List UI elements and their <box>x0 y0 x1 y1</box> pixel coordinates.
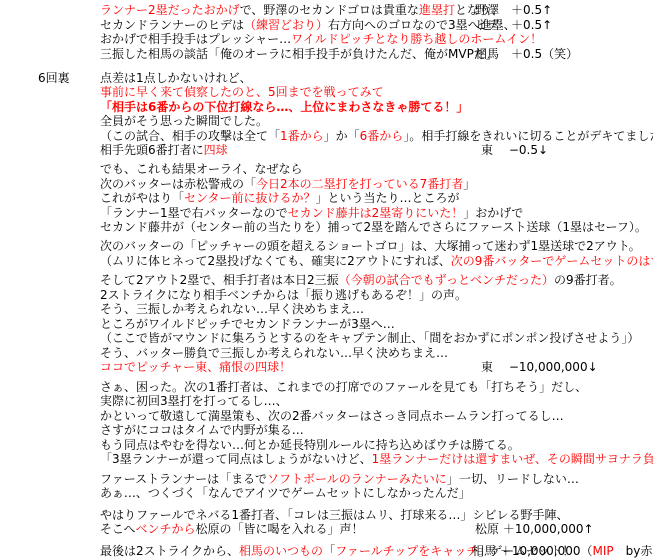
text-line: 三振した相馬の談話「俺のオーラに相手投手が負けたんだ、俺がMVPだ」 <box>100 47 498 61</box>
text-segment: ファーストランナーは「まるで <box>100 472 267 486</box>
text-segment: 相馬のいつもの <box>239 544 323 558</box>
score-annotation: 東 −10,000,000↓ <box>481 360 598 374</box>
text-segment: 2ストライクになり相手ベンチからは「振り逃げもあるぞ！」の声。 <box>100 288 467 302</box>
text-segment: 四球 <box>204 143 228 157</box>
score-annotation: 野澤 ＋0.5↑ <box>475 3 552 17</box>
text-line: さすがにココはタイムで内野が集る… <box>100 423 304 437</box>
text-line: セカンド藤井が（センター前の当たりを）捕って2塁を踏んでさらにファースト送球（1… <box>100 220 647 234</box>
text-line: ランナー2塁だったおかげで、野澤のセカンドゴロは貴重な進塁打となり、 <box>100 3 503 17</box>
text-line: かといって敬遠して満塁策も、次の2番バッターはさっき同点ホームラン打ってるし… <box>100 409 564 423</box>
text-line: ファーストランナーは「まるでソフトボールのランナーみたいに」一切、リードしない… <box>100 472 579 486</box>
text-segment: これがやはり「 <box>100 191 184 205</box>
text-segment: セカンド藤井が（センター前の当たりを）捕って2塁を踏んでさらにファースト送球（1… <box>100 220 647 234</box>
text-segment: 実際に初回3塁打を打ってるし…、 <box>100 394 288 408</box>
text-segment: 今日2本の二塁打を打っている7番打者 <box>256 177 463 191</box>
text-segment: さすがにココはタイムで内野が集る… <box>100 423 304 437</box>
text-line: （ムリに体ヒネって2塁投げなくても、確実に2アウトにすれば、次の9番バッターでゲ… <box>100 254 653 268</box>
text-segment: セカンドランナーのヒデは <box>100 18 244 32</box>
score-annotation: 相馬 ＋0.5（笑） <box>475 47 578 61</box>
text-segment: 全員がそう思った瞬間でした。 <box>100 114 268 128</box>
text-segment: 「3塁ランナーが還って同点はしょうがないけど、 <box>100 452 372 466</box>
text-segment: 」一切、リードしない… <box>447 472 579 486</box>
text-line: 次のバッターの「ピッチャーの頭を超えるショートゴロ」は、大塚捕って迷わず1塁送球… <box>100 239 641 253</box>
text-segment: の9番打者。 <box>554 273 622 287</box>
text-line: ココでピッチャー東、痛恨の四球！ <box>100 360 291 374</box>
score-annotation: 松原 ＋10,000,000↑ <box>475 522 594 536</box>
text-segment: MIP <box>593 544 614 558</box>
text-segment: 東 −10,000,000↓ <box>481 360 598 374</box>
text-line: そう、バッター勝負で三振しか考えられない…早く決めちまえ… <box>100 346 448 360</box>
text-segment: ランナー2塁だったおかげ <box>100 3 240 17</box>
text-segment: そこへ <box>100 522 136 536</box>
text-segment: おかげで相手投手はプレッシャー… <box>100 32 291 46</box>
text-line: 事前に早く来て偵察したのと、5回までを戦ってみて <box>100 85 384 99</box>
text-segment: 1塁ランナーだけは還すまいぜ、その瞬間サヨナラ負け <box>372 452 653 466</box>
text-segment: ベンチから <box>136 522 196 536</box>
text-segment: センター前に抜けるか？ <box>184 191 316 205</box>
text-segment: そう、バッター勝負で三振しか考えられない…早く決めちまえ… <box>100 346 448 360</box>
text-segment: 「 <box>323 544 335 558</box>
text-segment: 進塁打 <box>419 3 455 17</box>
text-segment: （練習どおり） <box>244 18 328 32</box>
text-segment: もう同点はやむを得ない…何とか延長特別ルールに持ち込めばウチは勝てる。 <box>100 438 520 452</box>
text-segment: セカンド藤井は2塁寄りにいた！ <box>288 206 464 220</box>
text-line: （ここで皆がマウンドに集ろうとするのをキャプテン制止、「間をおかずにポンポン投げ… <box>100 331 639 345</box>
text-segment: ヒデ ＋0.5↑ <box>475 18 552 32</box>
text-line: 実際に初回3塁打を打ってるし…、 <box>100 394 288 408</box>
text-segment: 」おかげで <box>463 206 523 220</box>
text-line: そして2アウト2塁で、相手打者は本日2三振（今朝の試合でもずっとベンチだった）の… <box>100 273 622 287</box>
text-segment: 最後は2ストライクから、 <box>100 544 239 558</box>
score-annotation: ヒデ ＋0.5↑ <box>475 18 552 32</box>
text-line: もう同点はやむを得ない…何とか延長特別ルールに持ち込めばウチは勝てる。 <box>100 438 520 452</box>
text-segment: そして2アウト2塁で、相手打者は本日2三振 <box>100 273 339 287</box>
text-segment: やはりファールでネバる1番打者、「コレは三振はムリ、打球来る…」シビレる野手陣、 <box>100 508 568 522</box>
text-segment: 「相手は6番からの下位打線なら…、上位にまわさなきゃ勝てる！」 <box>100 100 468 114</box>
text-segment: 東 −0.5↓ <box>481 143 548 157</box>
text-segment: 相手先頭6番打者に <box>100 143 204 157</box>
text-segment: （ムリに体ヒネって2塁投げなくても、確実に2アウトにすれば、 <box>100 254 451 268</box>
game-report-page: ランナー2塁だったおかげで、野澤のセカンドゴロは貴重な進塁打となり、野澤 ＋0.… <box>0 0 653 560</box>
text-segment: さぁ、困った。次の1番打者は、これまでの打席でのファールを見ても「打ちそう」だし… <box>100 380 587 394</box>
text-segment: ところがワイルドピッチでセカンドランナーが3塁へ… <box>100 317 395 331</box>
text-line: 「相手は6番からの下位打線なら…、上位にまわさなきゃ勝てる！」 <box>100 100 468 114</box>
text-segment: 」か「 <box>324 129 360 143</box>
text-segment: 松原 ＋10,000,000↑ <box>475 522 594 536</box>
text-line: 相手先頭6番打者に四球 <box>100 143 228 157</box>
text-line: 次のバッターは赤松警戒の「今日2本の二塁打を打っている7番打者」 <box>100 177 475 191</box>
score-annotation: 相馬 ＋10,000,000（MIP by赤松） <box>472 544 653 558</box>
text-segment: かといって敬遠して満塁策も、次の2番バッターはさっき同点ホームラン打ってるし… <box>100 409 564 423</box>
text-line: おかげで相手投手はプレッシャー…ワイルドピッチとなり勝ち越しのホームイン！ <box>100 32 542 46</box>
text-segment: by赤松） <box>614 544 653 558</box>
text-segment: （この試合、相手の攻撃は全て「 <box>100 129 280 143</box>
text-line: 2ストライクになり相手ベンチからは「振り逃げもあるぞ！」の声。 <box>100 288 467 302</box>
section-label: 6回裏 <box>38 71 70 85</box>
text-line: さぁ、困った。次の1番打者は、これまでの打席でのファールを見ても「打ちそう」だし… <box>100 380 587 394</box>
text-segment: 次のバッターは赤松警戒の「 <box>100 177 256 191</box>
text-line: （この試合、相手の攻撃は全て「1番から」か「6番から」。相手打線をきれいに切るこ… <box>100 129 653 143</box>
text-line: そう、三振しか考えられない…早く決めちまえ… <box>100 302 364 316</box>
text-segment: 1番から <box>280 129 324 143</box>
text-segment: 相馬 ＋0.5（笑） <box>475 47 578 61</box>
text-line: 全員がそう思った瞬間でした。 <box>100 114 268 128</box>
text-line: セカンドランナーのヒデは（練習どおり）右方向へのゴロなので3塁へ進塁、 <box>100 18 516 32</box>
text-segment: 」 <box>463 177 475 191</box>
text-segment: 点差は1点しかないけれど、 <box>100 71 252 85</box>
text-segment: 」。相手打線をきれいに切ることがデキてました） <box>403 129 653 143</box>
text-segment: ファールチップをキャッチ <box>335 544 478 558</box>
text-segment: 「ランナー1塁で右バッターなので <box>100 206 288 220</box>
text-line: あぁ…、つくづく「なんでアイツでゲームセットにしなかったんだ」 <box>100 486 471 500</box>
text-segment: 次の9番バッターでゲームセットのはず <box>451 254 653 268</box>
text-segment: あぁ…、つくづく「なんでアイツでゲームセットにしなかったんだ」 <box>100 486 471 500</box>
text-segment: （ここで皆がマウンドに集ろうとするのをキャプテン制止、「間をおかずにポンポン投げ… <box>100 331 639 345</box>
text-segment: 6回裏 <box>38 71 70 85</box>
text-line: 「3塁ランナーが還って同点はしょうがないけど、1塁ランナーだけは還すまいぜ、その… <box>100 452 653 466</box>
text-line: そこへベンチから松原の「皆に喝を入れる」声！ <box>100 522 364 536</box>
text-segment: ワイルドピッチとなり勝ち越しのホームイン！ <box>291 32 542 46</box>
text-segment: 事前に早く来て偵察したのと、5回までを戦ってみて <box>100 85 384 99</box>
text-line: 「ランナー1塁で右バッターなのでセカンド藤井は2塁寄りにいた！」おかげで <box>100 206 523 220</box>
text-segment: 相馬 ＋10,000,000（ <box>472 544 593 558</box>
text-segment: でも、これも結果オーライ、なぜなら <box>100 162 303 176</box>
text-segment: 次のバッターの「ピッチャーの頭を超えるショートゴロ」は、大塚捕って迷わず1塁送球… <box>100 239 641 253</box>
text-line: でも、これも結果オーライ、なぜなら <box>100 162 303 176</box>
text-line: これがやはり「センター前に抜けるか？」という当たり…ところが <box>100 191 460 205</box>
text-segment: 野澤 ＋0.5↑ <box>475 3 552 17</box>
text-segment: そう、三振しか考えられない…早く決めちまえ… <box>100 302 364 316</box>
text-segment: （今朝の試合でもずっとベンチだった） <box>339 273 554 287</box>
score-annotation: 東 −0.5↓ <box>481 143 548 157</box>
text-segment: ソフトボールのランナーみたいに <box>267 472 447 486</box>
text-line: ところがワイルドピッチでセカンドランナーが3塁へ… <box>100 317 395 331</box>
text-line: 点差は1点しかないけれど、 <box>100 71 252 85</box>
text-segment: 松原の「皆に喝を入れる」声！ <box>196 522 364 536</box>
text-line: やはりファールでネバる1番打者、「コレは三振はムリ、打球来る…」シビレる野手陣、 <box>100 508 568 522</box>
text-segment: 」という当たり…ところが <box>316 191 460 205</box>
text-segment: で、野澤のセカンドゴロは貴重な <box>240 3 419 17</box>
text-segment: ココでピッチャー東、痛恨の四球！ <box>100 360 291 374</box>
text-segment: 6番から <box>360 129 404 143</box>
text-segment: 三振した相馬の談話「俺のオーラに相手投手が負けたんだ、俺がMVPだ」 <box>100 47 498 61</box>
